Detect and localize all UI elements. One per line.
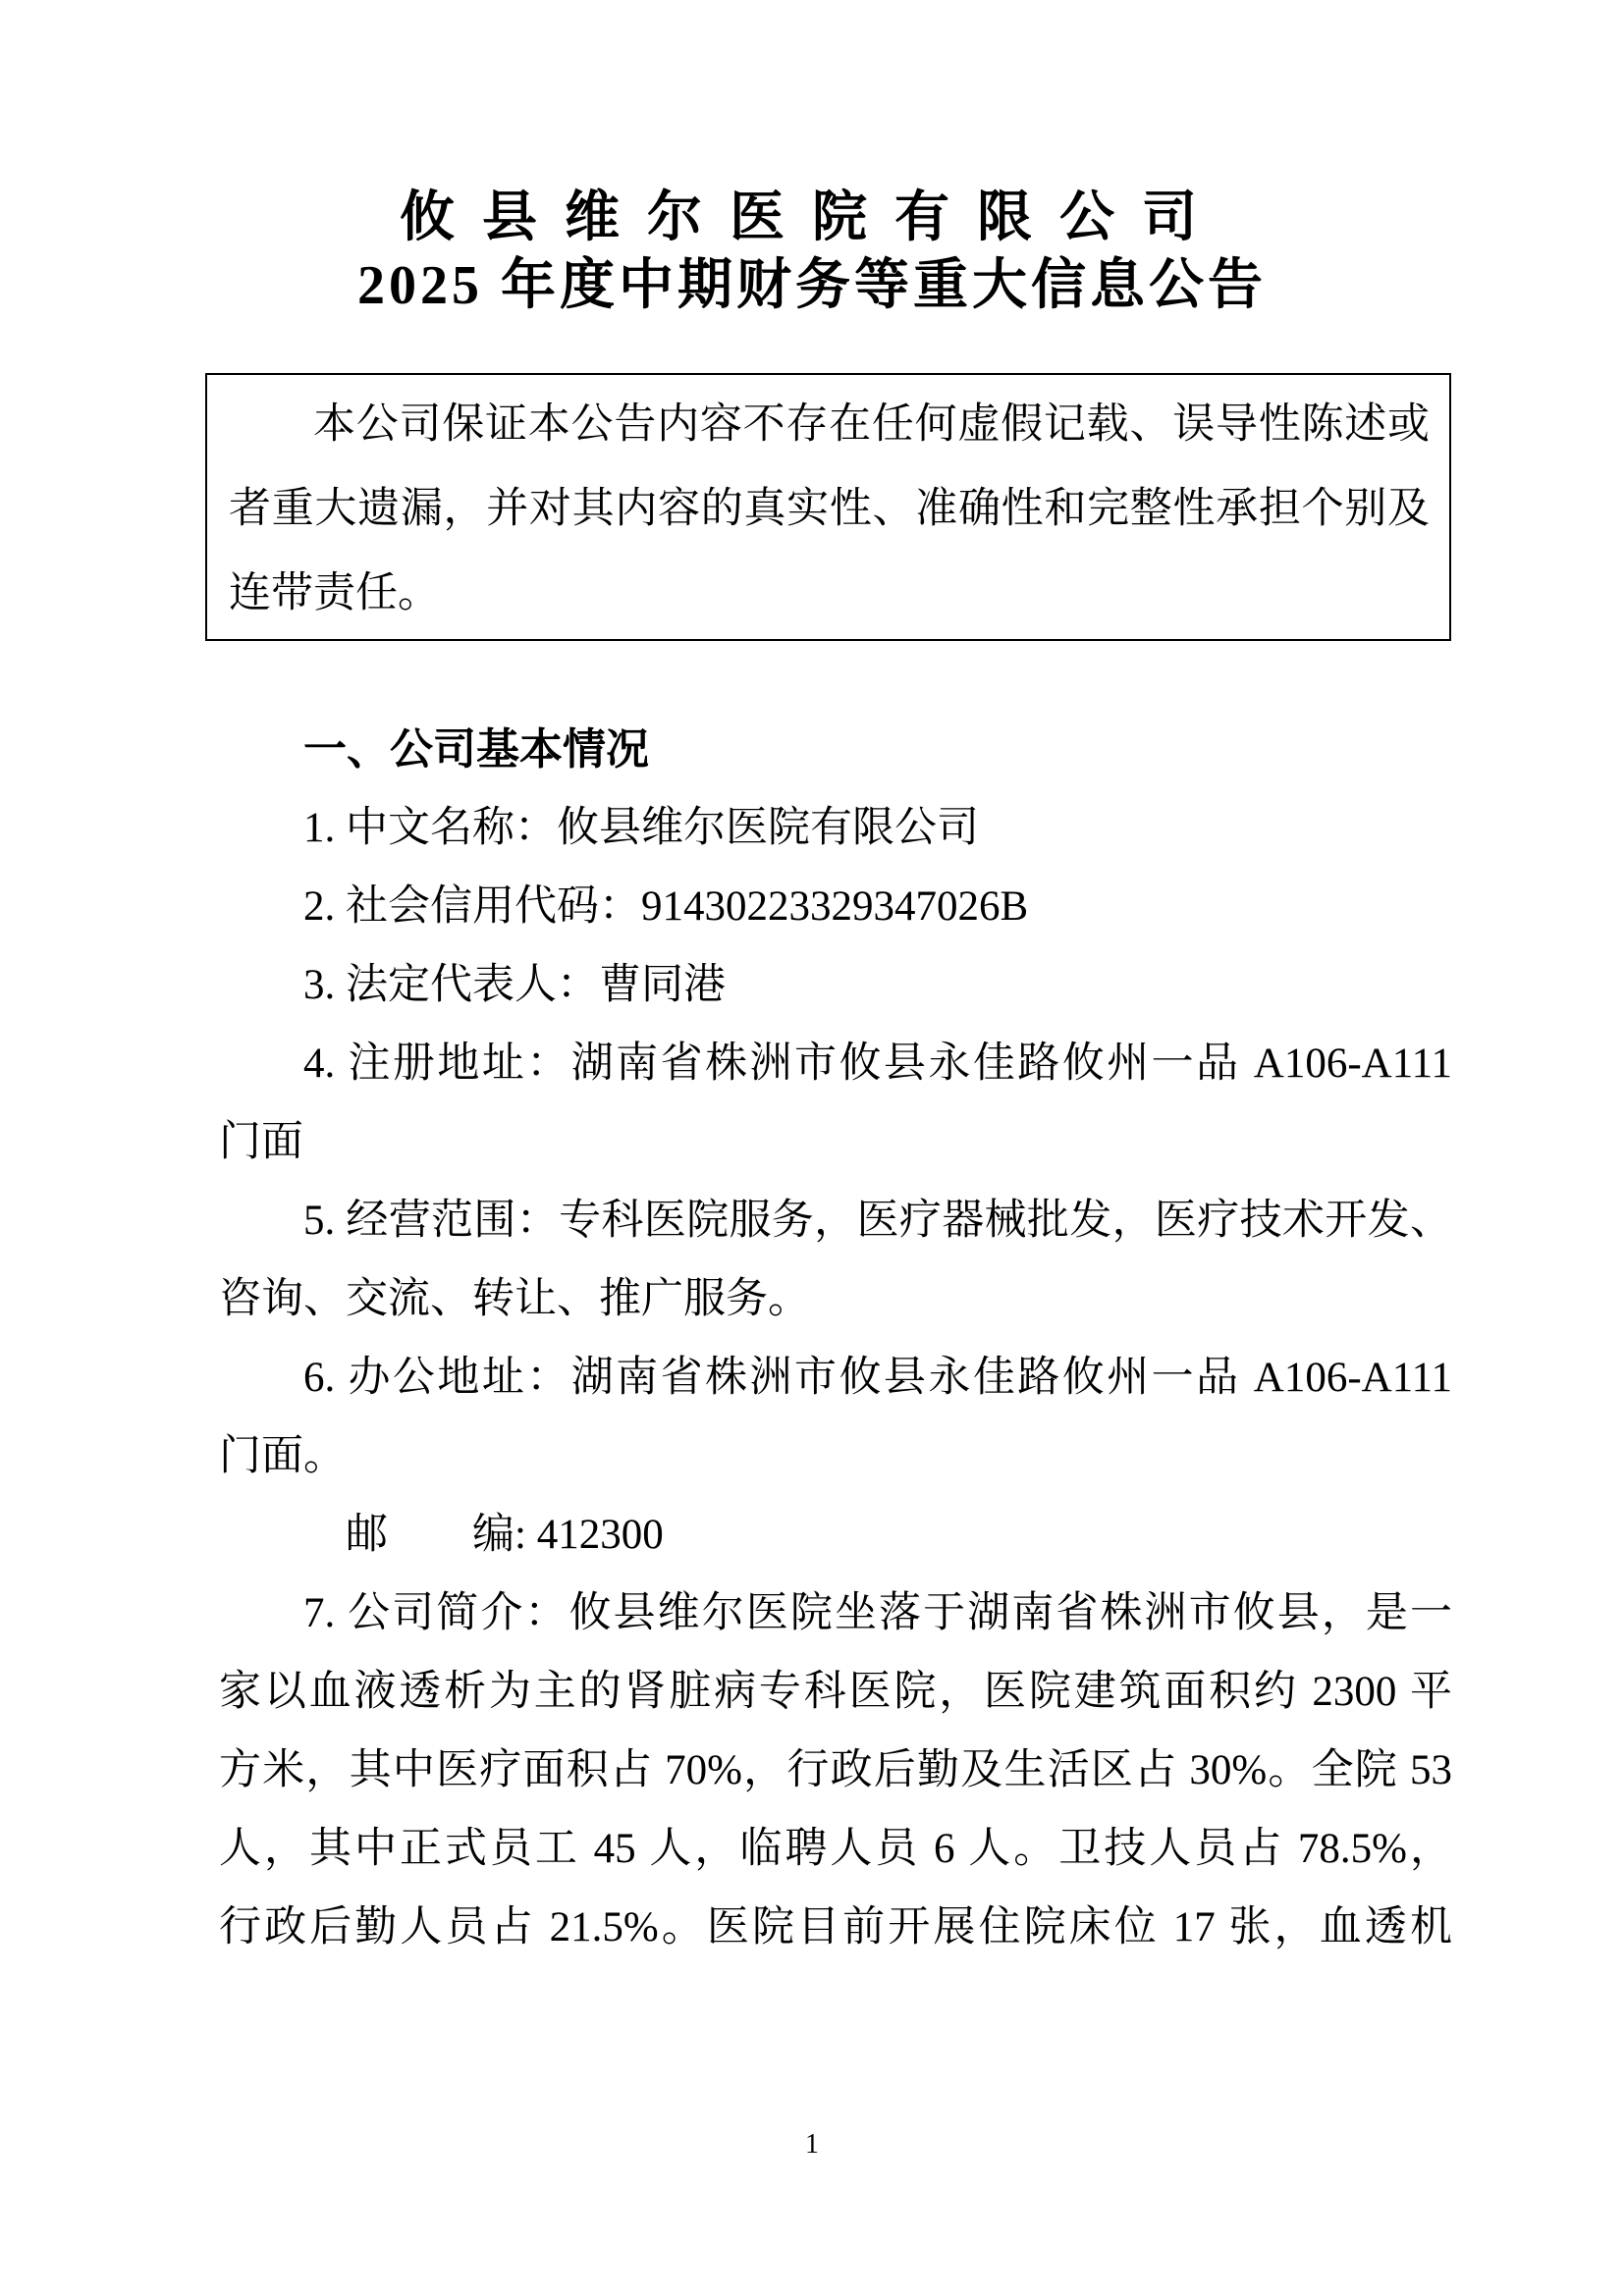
body-line-business-scope: 5. 经营范围：专科医院服务，医疗器械批发，医疗技术开发、 bbox=[219, 1182, 1452, 1260]
body-line-registered-address: 4. 注册地址：湖南省株洲市攸县永佳路攸州一品 A106-A111 bbox=[219, 1025, 1452, 1103]
body-line-chinese-name: 1. 中文名称：攸县维尔医院有限公司 bbox=[219, 789, 1452, 868]
body-line-legal-representative: 3. 法定代表人：曹同港 bbox=[219, 946, 1452, 1025]
document-page: 攸县维尔医院有限公司 2025 年度中期财务等重大信息公告 本公司保证本公告内容… bbox=[0, 0, 1624, 2296]
title-line-1: 攸县维尔医院有限公司 bbox=[0, 185, 1624, 252]
body-line-company-profile: 7. 公司简介：攸县维尔医院坐落于湖南省株洲市攸县，是一 bbox=[219, 1575, 1452, 1653]
body-line-company-profile-cont: 行政后勤人员占 21.5%。医院目前开展住院床位 17 张，血透机 bbox=[219, 1889, 1452, 1967]
body-line-credit-code: 2. 社会信用代码：91430223329347026B bbox=[219, 868, 1452, 946]
section-heading: 一、公司基本情况 bbox=[219, 711, 1537, 789]
body-line-company-profile-cont: 人，其中正式员工 45 人，临聘人员 6 人。卫技人员占 78.5%， bbox=[219, 1810, 1452, 1889]
body-line-business-scope-cont: 咨询、交流、转让、推广服务。 bbox=[219, 1260, 1452, 1339]
disclaimer-line: 连带责任。 bbox=[229, 552, 1430, 636]
disclaimer-box: 本公司保证本公告内容不存在任何虚假记载、误导性陈述或 者重大遗漏，并对其内容的真… bbox=[205, 373, 1451, 641]
body-line-office-address-cont: 门面。 bbox=[219, 1417, 1452, 1496]
body-line-office-address: 6. 办公地址：湖南省株洲市攸县永佳路攸州一品 A106-A111 bbox=[219, 1339, 1452, 1417]
body-line-postal-code: 邮 编: 412300 bbox=[219, 1496, 1452, 1575]
body-line-registered-address-cont: 门面 bbox=[219, 1103, 1452, 1182]
disclaimer-line: 本公司保证本公告内容不存在任何虚假记载、误导性陈述或 bbox=[229, 383, 1430, 467]
page-number: 1 bbox=[0, 2128, 1624, 2162]
title-line-2: 2025 年度中期财务等重大信息公告 bbox=[0, 252, 1624, 320]
document-title: 攸县维尔医院有限公司 2025 年度中期财务等重大信息公告 bbox=[0, 0, 1624, 320]
body-line-company-profile-cont: 家以血液透析为主的肾脏病专科医院，医院建筑面积约 2300 平 bbox=[219, 1653, 1452, 1732]
body-line-company-profile-cont: 方米，其中医疗面积占 70%，行政后勤及生活区占 30%。全院 53 bbox=[219, 1732, 1452, 1810]
document-body: 1. 中文名称：攸县维尔医院有限公司 2. 社会信用代码：91430223329… bbox=[219, 789, 1452, 1967]
disclaimer-line: 者重大遗漏，并对其内容的真实性、准确性和完整性承担个别及 bbox=[229, 467, 1430, 552]
